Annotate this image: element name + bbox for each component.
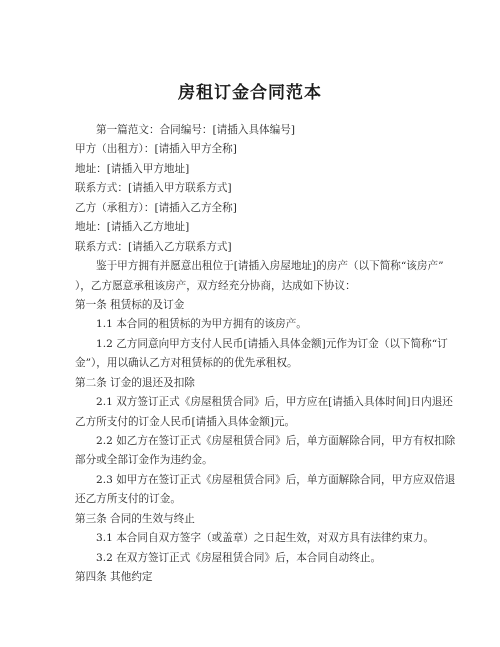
party-a-contact-line: 联系方式：[请插入甲方联系方式] xyxy=(75,179,435,198)
clause-2-1-line-1: 2.1 双方签订正式《房屋租赁合同》后，甲方应在[请插入具体时间]日内退还 xyxy=(75,393,435,412)
clause-3-1: 3.1 本合同自双方签字（或盖章）之日起生效，对双方具有法律约束力。 xyxy=(75,529,435,548)
preamble-line-1: 鉴于甲方拥有并愿意出租位于[请插入房屋地址]的房产（以下简称“该房产” xyxy=(75,257,435,276)
article-4-heading: 第四条 其他约定 xyxy=(75,568,435,587)
clause-2-3-line-1: 2.3 如甲方在签订正式《房屋租赁合同》后，单方面解除合同，甲方应双倍退 xyxy=(75,471,435,490)
party-a-name-line: 甲方（出租方）：[请插入甲方全称] xyxy=(75,140,435,159)
party-a-address-line: 地址：[请插入甲方地址] xyxy=(75,160,435,179)
clause-1-2-line-2: 金”），用以确认乙方对租赁标的的优先承租权。 xyxy=(75,354,435,373)
clause-3-2: 3.2 在双方签订正式《房屋租赁合同》后，本合同自动终止。 xyxy=(75,549,435,568)
party-b-name-line: 乙方（承租方）：[请插入乙方全称] xyxy=(75,199,435,218)
document-title: 房租订金合同范本 xyxy=(0,78,500,103)
clause-2-2-line-1: 2.2 如乙方在签订正式《房屋租赁合同》后，单方面解除合同，甲方有权扣除 xyxy=(75,432,435,451)
clause-2-3-line-2: 还乙方所支付的订金。 xyxy=(75,490,435,509)
clause-1-1: 1.1 本合同的租赁标的为甲方拥有的该房产。 xyxy=(75,315,435,334)
article-2-heading: 第二条 订金的退还及扣除 xyxy=(75,374,435,393)
preamble-line-2: ），乙方愿意承租该房产，双方经充分协商，达成如下协议： xyxy=(75,277,435,296)
document-body: 第一篇范文：合同编号：[请插入具体编号] 甲方（出租方）：[请插入甲方全称] 地… xyxy=(75,121,435,588)
clause-2-1-line-2: 乙方所支付的订金人民币[请插入具体金额]元。 xyxy=(75,413,435,432)
contract-number-line: 第一篇范文：合同编号：[请插入具体编号] xyxy=(75,121,435,140)
clause-2-2-line-2: 部分或全部订金作为违约金。 xyxy=(75,451,435,470)
article-1-heading: 第一条 租赁标的及订金 xyxy=(75,296,435,315)
party-b-contact-line: 联系方式：[请插入乙方联系方式] xyxy=(75,238,435,257)
article-3-heading: 第三条 合同的生效与终止 xyxy=(75,510,435,529)
party-b-address-line: 地址：[请插入乙方地址] xyxy=(75,218,435,237)
clause-1-2-line-1: 1.2 乙方同意向甲方支付人民币[请插入具体金额]元作为订金（以下简称“订 xyxy=(75,335,435,354)
